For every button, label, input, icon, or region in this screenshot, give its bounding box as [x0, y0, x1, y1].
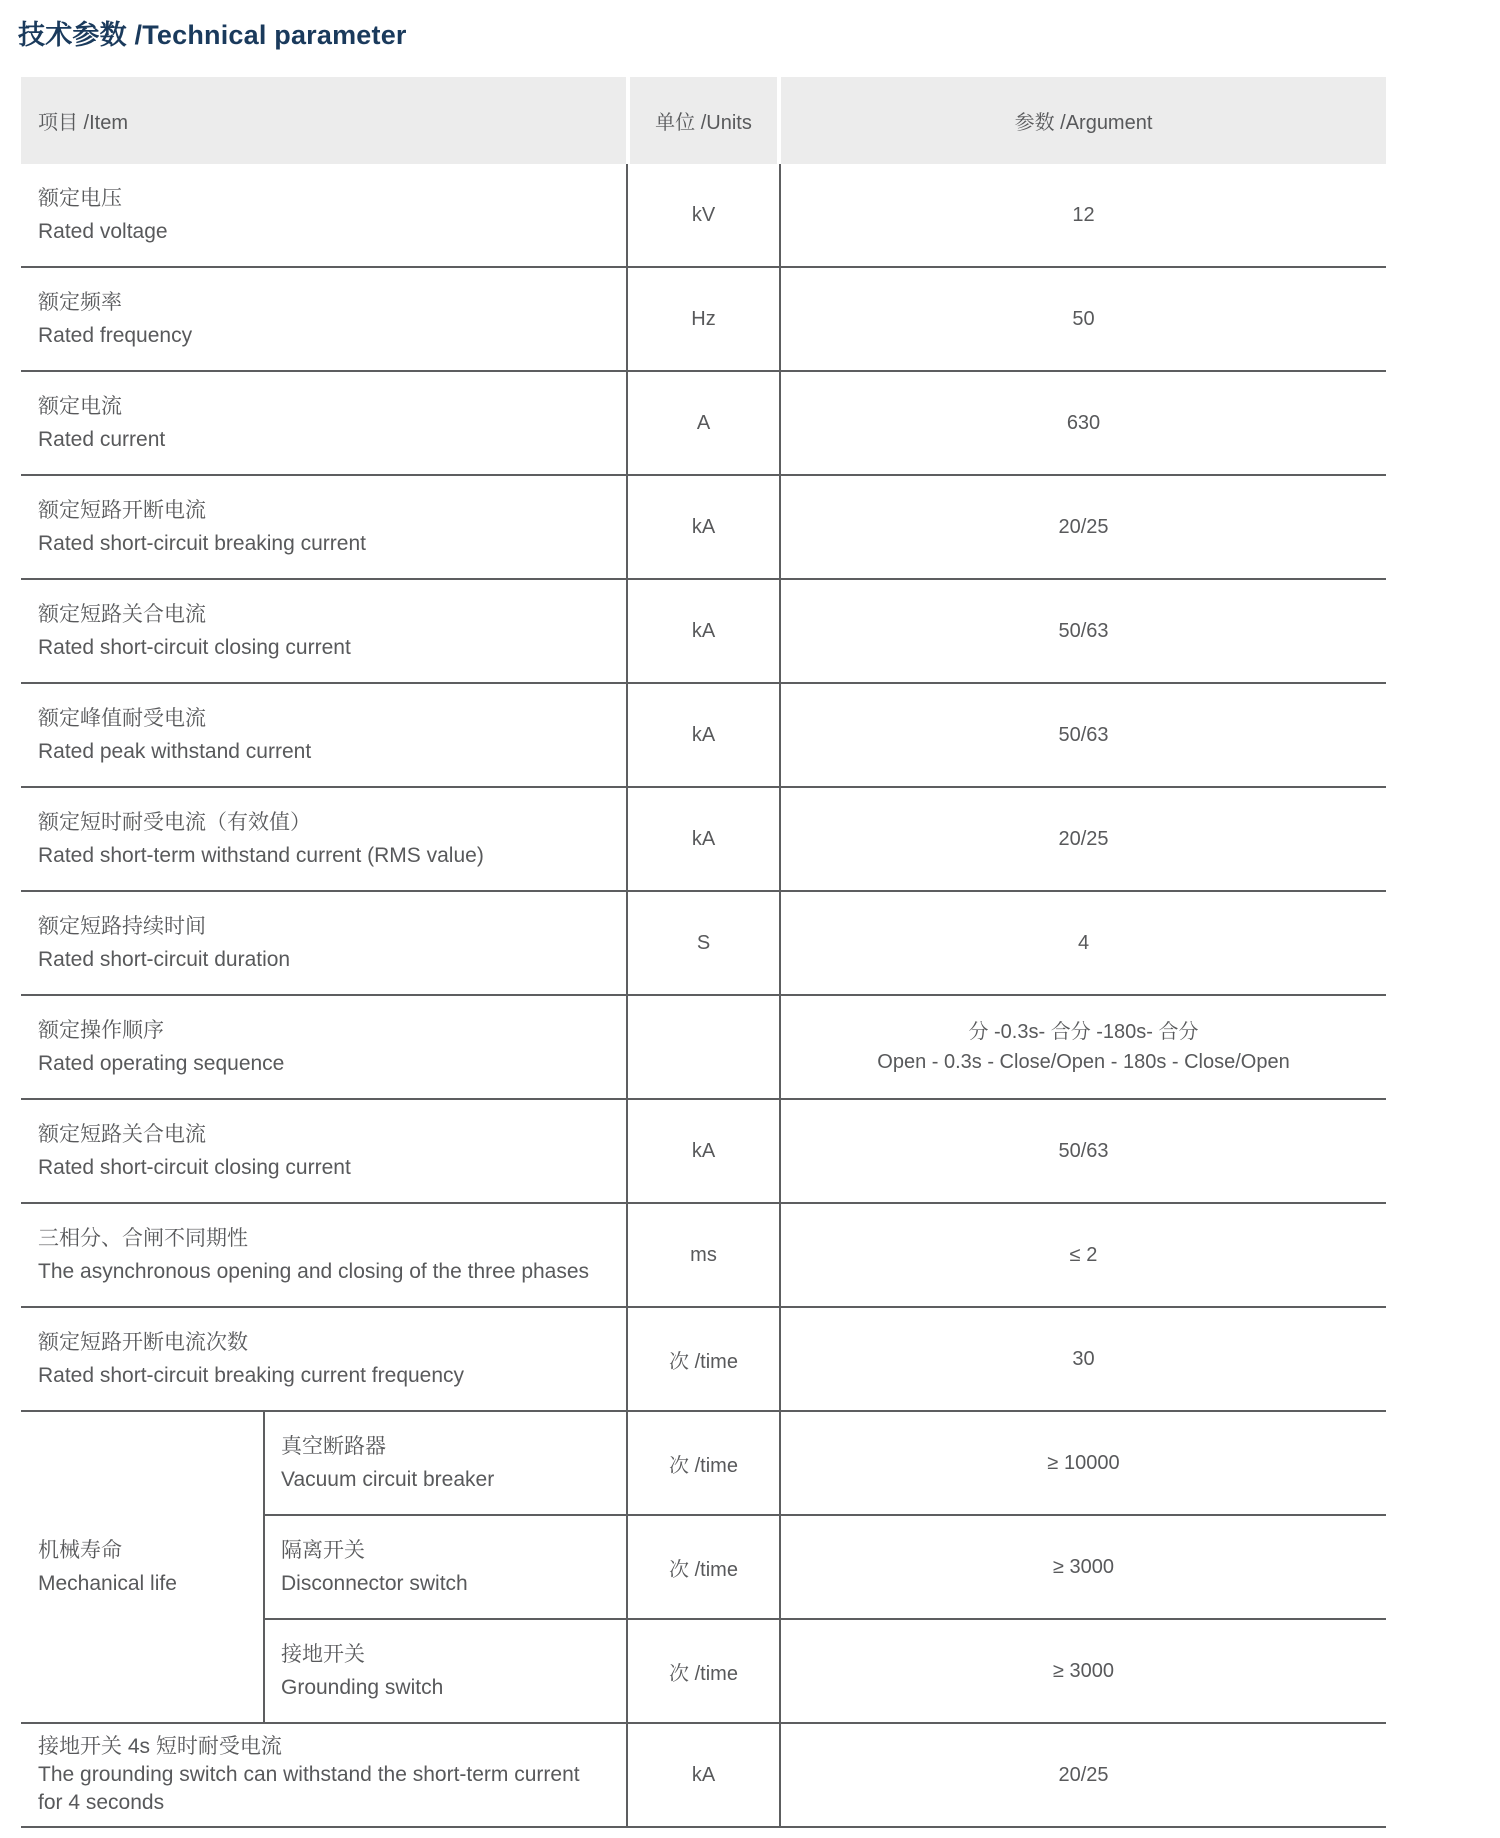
item-label-en: Rated short-term withstand current (RMS …	[38, 839, 626, 872]
subitem-cell: 隔离开关 Disconnector switch	[265, 1516, 626, 1620]
value-cell: 50/63	[781, 684, 1386, 786]
table-row: 额定短时耐受电流（有效值） Rated short-term withstand…	[21, 788, 1386, 892]
header-units: 单位 /Units	[630, 77, 777, 164]
mechanical-life-group-row: 机械寿命 Mechanical life 真空断路器 Vacuum circui…	[21, 1412, 1386, 1724]
group-values-column: ≥ 10000 ≥ 3000 ≥ 3000	[781, 1412, 1386, 1722]
value-cell: 30	[781, 1308, 1386, 1410]
value-cell: 4	[781, 892, 1386, 994]
item-label-en-line2: for 4 seconds	[38, 1789, 626, 1817]
unit-cell: 次 /time	[628, 1620, 779, 1722]
subitem-label-en: Grounding switch	[281, 1671, 626, 1704]
unit-cell: kA	[626, 1724, 781, 1826]
item-label-zh: 额定频率	[38, 286, 626, 319]
table-row-operating-sequence: 额定操作顺序 Rated operating sequence 分 -0.3s-…	[21, 996, 1386, 1100]
table-row: 额定短路关合电流 Rated short-circuit closing cur…	[21, 1100, 1386, 1204]
header-item: 项目 /Item	[21, 77, 626, 164]
item-cell: 额定电流 Rated current	[21, 372, 626, 474]
value-cell: 50/63	[781, 580, 1386, 682]
item-cell: 额定短路持续时间 Rated short-circuit duration	[21, 892, 626, 994]
item-label-en: Rated voltage	[38, 215, 626, 248]
table-row: 额定峰值耐受电流 Rated peak withstand current kA…	[21, 684, 1386, 788]
item-label-zh: 额定短路关合电流	[38, 598, 626, 631]
value-cell: 50	[781, 268, 1386, 370]
unit-cell: kA	[626, 684, 781, 786]
item-label-en: The asynchronous opening and closing of …	[38, 1255, 626, 1288]
subitem-cell: 真空断路器 Vacuum circuit breaker	[265, 1412, 626, 1516]
item-label-zh: 额定短路持续时间	[38, 910, 626, 943]
value-cell: 50/63	[781, 1100, 1386, 1202]
item-cell: 额定短时耐受电流（有效值） Rated short-term withstand…	[21, 788, 626, 890]
item-cell: 额定短路开断电流 Rated short-circuit breaking cu…	[21, 476, 626, 578]
table-row: 额定短路持续时间 Rated short-circuit duration S …	[21, 892, 1386, 996]
table-row: 三相分、合闸不同期性 The asynchronous opening and …	[21, 1204, 1386, 1308]
value-cell: 分 -0.3s- 合分 -180s- 合分 Open - 0.3s - Clos…	[781, 996, 1386, 1098]
item-label-en: Rated short-circuit duration	[38, 943, 626, 976]
item-label-en-line1: The grounding switch can withstand the s…	[38, 1761, 626, 1789]
subitem-label-en: Disconnector switch	[281, 1567, 626, 1600]
subitem-cell: 接地开关 Grounding switch	[265, 1620, 626, 1722]
value-line-en: Open - 0.3s - Close/Open - 180s - Close/…	[877, 1047, 1289, 1077]
unit-cell: 次 /time	[626, 1308, 781, 1410]
unit-cell: kV	[626, 164, 781, 266]
subitem-label-zh: 接地开关	[281, 1638, 626, 1671]
item-label-zh: 额定峰值耐受电流	[38, 702, 626, 735]
value-cell: ≥ 10000	[781, 1412, 1386, 1516]
unit-cell: kA	[626, 580, 781, 682]
unit-cell: Hz	[626, 268, 781, 370]
item-cell: 额定短路关合电流 Rated short-circuit closing cur…	[21, 1100, 626, 1202]
unit-cell: kA	[626, 476, 781, 578]
header-argument: 参数 /Argument	[781, 77, 1386, 164]
item-cell: 额定短路开断电流次数 Rated short-circuit breaking …	[21, 1308, 626, 1410]
item-label-en: Rated frequency	[38, 319, 626, 352]
group-label-en: Mechanical life	[38, 1567, 263, 1600]
table-row: 额定短路关合电流 Rated short-circuit closing cur…	[21, 580, 1386, 684]
table-row: 额定频率 Rated frequency Hz 50	[21, 268, 1386, 372]
item-label-zh: 额定短路关合电流	[38, 1118, 626, 1151]
unit-cell: S	[626, 892, 781, 994]
item-label-zh: 额定电压	[38, 182, 626, 215]
value-cell: 12	[781, 164, 1386, 266]
subitem-label-en: Vacuum circuit breaker	[281, 1463, 626, 1496]
item-cell: 额定频率 Rated frequency	[21, 268, 626, 370]
value-cell: ≤ 2	[781, 1204, 1386, 1306]
table-row: 额定电压 Rated voltage kV 12	[21, 164, 1386, 268]
item-label-en: Rated short-circuit breaking current fre…	[38, 1359, 626, 1392]
table-header-row: 项目 /Item 单位 /Units 参数 /Argument	[21, 77, 1386, 164]
item-label-en: Rated operating sequence	[38, 1047, 626, 1080]
item-label-en: Rated short-circuit closing current	[38, 631, 626, 664]
value-cell: 20/25	[781, 1724, 1386, 1826]
technical-parameter-table: 项目 /Item 单位 /Units 参数 /Argument 额定电压 Rat…	[21, 77, 1386, 1828]
item-cell: 接地开关 4s 短时耐受电流 The grounding switch can …	[21, 1724, 626, 1826]
item-cell: 额定操作顺序 Rated operating sequence	[21, 996, 626, 1098]
subitem-label-zh: 隔离开关	[281, 1534, 626, 1567]
value-cell: 20/25	[781, 476, 1386, 578]
value-cell: 20/25	[781, 788, 1386, 890]
unit-cell: ms	[626, 1204, 781, 1306]
item-label-zh: 额定电流	[38, 390, 626, 423]
item-label-zh: 额定短路开断电流	[38, 494, 626, 527]
table-row: 额定短路开断电流次数 Rated short-circuit breaking …	[21, 1308, 1386, 1412]
unit-cell: 次 /time	[628, 1412, 779, 1516]
item-label-zh: 接地开关 4s 短时耐受电流	[38, 1733, 626, 1761]
value-cell: 630	[781, 372, 1386, 474]
table-row-grounding-switch-4s: 接地开关 4s 短时耐受电流 The grounding switch can …	[21, 1724, 1386, 1828]
table-row: 额定电流 Rated current A 630	[21, 372, 1386, 476]
group-subitems-column: 真空断路器 Vacuum circuit breaker 隔离开关 Discon…	[263, 1412, 626, 1722]
unit-cell: A	[626, 372, 781, 474]
unit-cell: kA	[626, 788, 781, 890]
item-label-en: Rated current	[38, 423, 626, 456]
value-cell: ≥ 3000	[781, 1620, 1386, 1722]
subitem-label-zh: 真空断路器	[281, 1430, 626, 1463]
unit-cell	[626, 996, 781, 1098]
table-row: 额定短路开断电流 Rated short-circuit breaking cu…	[21, 476, 1386, 580]
item-cell: 额定短路关合电流 Rated short-circuit closing cur…	[21, 580, 626, 682]
item-cell: 额定电压 Rated voltage	[21, 164, 626, 266]
value-line-zh: 分 -0.3s- 合分 -180s- 合分	[968, 1017, 1198, 1047]
unit-cell: kA	[626, 1100, 781, 1202]
group-label-zh: 机械寿命	[38, 1534, 263, 1567]
page-title: 技术参数 /Technical parameter	[18, 13, 407, 52]
group-label-cell: 机械寿命 Mechanical life	[21, 1412, 263, 1722]
item-cell: 三相分、合闸不同期性 The asynchronous opening and …	[21, 1204, 626, 1306]
item-label-zh: 额定操作顺序	[38, 1014, 626, 1047]
item-label-en: Rated peak withstand current	[38, 735, 626, 768]
item-label-zh: 三相分、合闸不同期性	[38, 1222, 626, 1255]
group-units-column: 次 /time 次 /time 次 /time	[626, 1412, 781, 1722]
item-label-zh: 额定短时耐受电流（有效值）	[38, 806, 626, 839]
item-cell: 额定峰值耐受电流 Rated peak withstand current	[21, 684, 626, 786]
value-cell: ≥ 3000	[781, 1516, 1386, 1620]
item-label-en: Rated short-circuit breaking current	[38, 527, 626, 560]
item-label-zh: 额定短路开断电流次数	[38, 1326, 626, 1359]
item-label-en: Rated short-circuit closing current	[38, 1151, 626, 1184]
unit-cell: 次 /time	[628, 1516, 779, 1620]
